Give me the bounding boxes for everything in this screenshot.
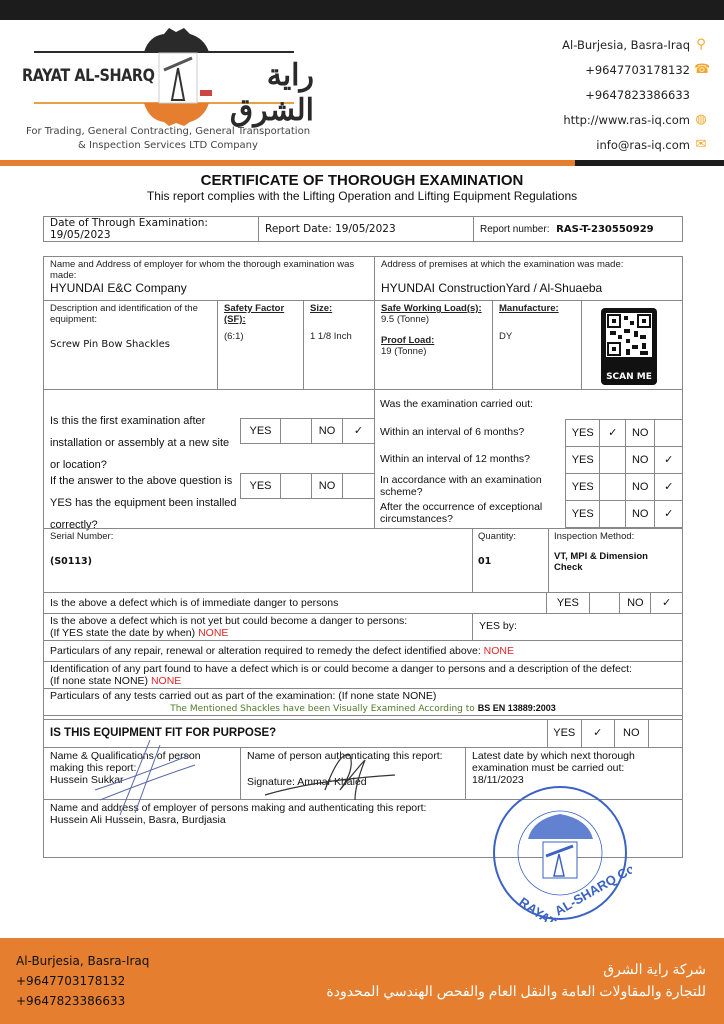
carried-out-yes-no: YES✓NO xyxy=(565,419,683,447)
report-number-cell: Report number: RAS-T-230550929 xyxy=(474,217,683,242)
fit-no-checkbox[interactable] xyxy=(649,720,682,747)
inspection-method: VT, MPI & Dimension Check xyxy=(554,551,677,573)
report-meta-table: Date of Through Examination: 19/05/2023 … xyxy=(43,216,683,242)
carried-out-question: Within an interval of 12 months? xyxy=(380,447,565,471)
future-danger-cell: Is the above a defect which is not yet b… xyxy=(43,613,473,641)
tests-row: Particulars of any tests carried out as … xyxy=(43,688,683,716)
defect-part-row: Identification of any part found to have… xyxy=(43,661,683,689)
carried-out-question: Within an interval of 6 months? xyxy=(380,420,565,444)
size-cell: Size: 1 1/8 Inch xyxy=(303,300,375,390)
yes-label: YES xyxy=(566,501,600,527)
contact-phone-1: +9647703178132☎ xyxy=(562,57,708,82)
employer-cell: Name and Address of employer for whom th… xyxy=(43,256,375,301)
report-date-cell: Report Date: 19/05/2023 xyxy=(259,217,474,242)
safety-factor-cell: Safety Factor (SF): (6:1) xyxy=(217,300,304,390)
yes-by-cell: YES by: xyxy=(472,613,683,641)
footer-arabic: شركة راية الشرق للتجارة والمقاولات العام… xyxy=(326,958,706,1002)
carried-out-heading: Was the examination carried out: xyxy=(380,393,533,415)
envelope-icon: ✉ xyxy=(694,138,708,152)
yes-label: YES xyxy=(566,447,600,473)
carried-out-yes-no: YESNO✓ xyxy=(565,500,683,528)
globe-icon: ◍ xyxy=(694,113,708,127)
no-checkbox[interactable] xyxy=(655,420,682,446)
immediate-danger-yes-no: YES NO ✓ xyxy=(546,592,683,614)
logo-text-en: RAYAT AL-SHARQ xyxy=(22,66,154,86)
safe-working-load: 9.5 (Tonne) xyxy=(381,314,486,325)
yes-label: YES xyxy=(566,474,600,500)
footer-address: Al-Burjesia, Basra-Iraq xyxy=(16,951,149,971)
inspection-method-cell: Inspection Method: VT, MPI & Dimension C… xyxy=(548,528,683,593)
installed-correctly-question: If the answer to the above question is Y… xyxy=(50,470,240,536)
logo-text-ar: راية الشرق xyxy=(209,58,314,128)
company-tagline: For Trading, General Contracting, Genera… xyxy=(18,125,318,153)
future-danger-value: NONE xyxy=(198,627,228,639)
footer-contact: Al-Burjesia, Basra-Iraq +9647703178132 +… xyxy=(16,951,149,1011)
carried-out-yes-no: YESNO✓ xyxy=(565,473,683,501)
yes-label: YES xyxy=(566,420,600,446)
no-checkbox[interactable]: ✓ xyxy=(655,474,682,500)
footer-arabic-line-1: شركة راية الشرق xyxy=(326,958,706,980)
equipment-description: Screw Pin Bow Shackles xyxy=(50,339,211,350)
carried-out-question: After the occurrence of exceptional circ… xyxy=(380,501,565,525)
size: 1 1/8 Inch xyxy=(310,331,368,342)
serial-number: (S0113) xyxy=(50,556,466,567)
safety-factor: (6:1) xyxy=(224,331,297,342)
exam-date-cell: Date of Through Examination: 19/05/2023 xyxy=(44,217,259,242)
report-date: 19/05/2023 xyxy=(335,223,396,235)
yes-checkbox[interactable] xyxy=(600,447,626,473)
carried-out-yes-no: YESNO✓ xyxy=(565,446,683,474)
installed-correctly-yes-no: YES NO xyxy=(240,473,375,499)
proof-load: 19 (Tonne) xyxy=(381,346,486,357)
manufacture-cell: Manufacture: DY xyxy=(492,300,582,390)
contact-phone-2: +9647823386633 xyxy=(562,82,708,107)
qr-cell: SCAN ME xyxy=(581,300,683,390)
immediate-danger-no-checkbox[interactable]: ✓ xyxy=(651,593,682,613)
tests-value: The Mentioned Shackles have been Visuall… xyxy=(170,704,475,714)
immediate-danger-yes-checkbox[interactable] xyxy=(590,593,621,613)
contact-website[interactable]: http://www.ras-iq.com◍ xyxy=(562,107,708,132)
telephone-icon: ☎ xyxy=(694,63,708,77)
top-black-bar xyxy=(0,0,724,20)
equipment-description-cell: Description and identification of the eq… xyxy=(43,300,218,390)
certificate-subtitle: This report complies with the Lifting Op… xyxy=(0,189,724,203)
exam-date: 19/05/2023 xyxy=(50,229,111,241)
employer-value: HYUNDAI E&C Company xyxy=(50,281,368,295)
contact-address: Al-Burjesia, Basra-Iraq⚲ xyxy=(562,32,708,57)
first-exam-yes-no: YES NO ✓ xyxy=(240,418,375,444)
first-exam-no-checkbox[interactable]: ✓ xyxy=(343,419,374,443)
repair-row: Particulars of any repair, renewal or al… xyxy=(43,640,683,662)
scan-me-label: SCAN ME xyxy=(601,372,657,382)
manufacture: DY xyxy=(499,331,575,342)
quantity: 01 xyxy=(478,556,543,567)
no-label: NO xyxy=(626,501,656,527)
quantity-cell: Quantity: 01 xyxy=(472,528,549,593)
tests-standard: BS EN 13889:2003 xyxy=(478,703,556,713)
carried-out-question: In accordance with an examination scheme… xyxy=(380,474,565,498)
defect-part-value: NONE xyxy=(151,675,181,687)
company-logo: RAYAT AL-SHARQ راية الشرق xyxy=(14,28,314,126)
signature-authenticator-icon xyxy=(255,745,405,805)
first-exam-question: Is this the first examination after inst… xyxy=(50,410,240,476)
tagline-line-1: For Trading, General Contracting, Genera… xyxy=(18,125,318,139)
yes-checkbox[interactable] xyxy=(600,501,626,527)
first-exam-yes-checkbox[interactable] xyxy=(281,419,312,443)
yes-checkbox[interactable] xyxy=(600,474,626,500)
signature-maker-icon xyxy=(90,735,200,820)
premises-value: HYUNDAI ConstructionYard / Al-Shuaeba xyxy=(381,281,676,295)
repair-value: NONE xyxy=(484,645,514,657)
yes-checkbox[interactable]: ✓ xyxy=(600,420,626,446)
qr-code[interactable]: SCAN ME xyxy=(601,308,657,385)
company-stamp-icon: RAYAT AL-SHARQ Co. xyxy=(488,784,632,922)
tagline-line-2: & Inspection Services LTD Company xyxy=(18,139,318,153)
no-checkbox[interactable]: ✓ xyxy=(655,447,682,473)
no-label: NO xyxy=(626,420,656,446)
report-number: RAS-T-230550929 xyxy=(556,224,653,235)
serial-cell: Serial Number: (S0113) xyxy=(43,528,473,593)
qr-code-icon xyxy=(606,313,652,357)
contact-block: Al-Burjesia, Basra-Iraq⚲ +9647703178132☎… xyxy=(562,32,708,157)
footer-arabic-line-2: للتجارة والمقاولات العامة والنقل العام و… xyxy=(326,980,706,1002)
footer-phone-1: +9647703178132 xyxy=(16,971,149,991)
header-divider-black xyxy=(575,160,724,166)
no-label: NO xyxy=(626,447,656,473)
certificate-title: CERTIFICATE OF THOROUGH EXAMINATION xyxy=(0,172,724,189)
footer-phone-2: +9647823386633 xyxy=(16,991,149,1011)
footer: Al-Burjesia, Basra-Iraq +9647703178132 +… xyxy=(0,938,724,1024)
no-label: NO xyxy=(626,474,656,500)
installed-yes-checkbox[interactable] xyxy=(281,474,312,498)
immediate-danger-question: Is the above a defect which is of immedi… xyxy=(50,593,338,613)
header-divider-orange xyxy=(0,160,575,166)
fit-yes-checkbox[interactable]: ✓ xyxy=(582,720,616,747)
fit-for-purpose-yes-no: YES ✓ NO xyxy=(547,719,683,748)
location-pin-icon: ⚲ xyxy=(694,38,708,52)
premises-cell: Address of premises at which the examina… xyxy=(374,256,683,301)
no-checkbox[interactable]: ✓ xyxy=(655,501,682,527)
installed-no-checkbox[interactable] xyxy=(343,474,374,498)
contact-email[interactable]: info@ras-iq.com✉ xyxy=(562,132,708,157)
load-cell: Safe Working Load(s): 9.5 (Tonne) Proof … xyxy=(374,300,493,390)
